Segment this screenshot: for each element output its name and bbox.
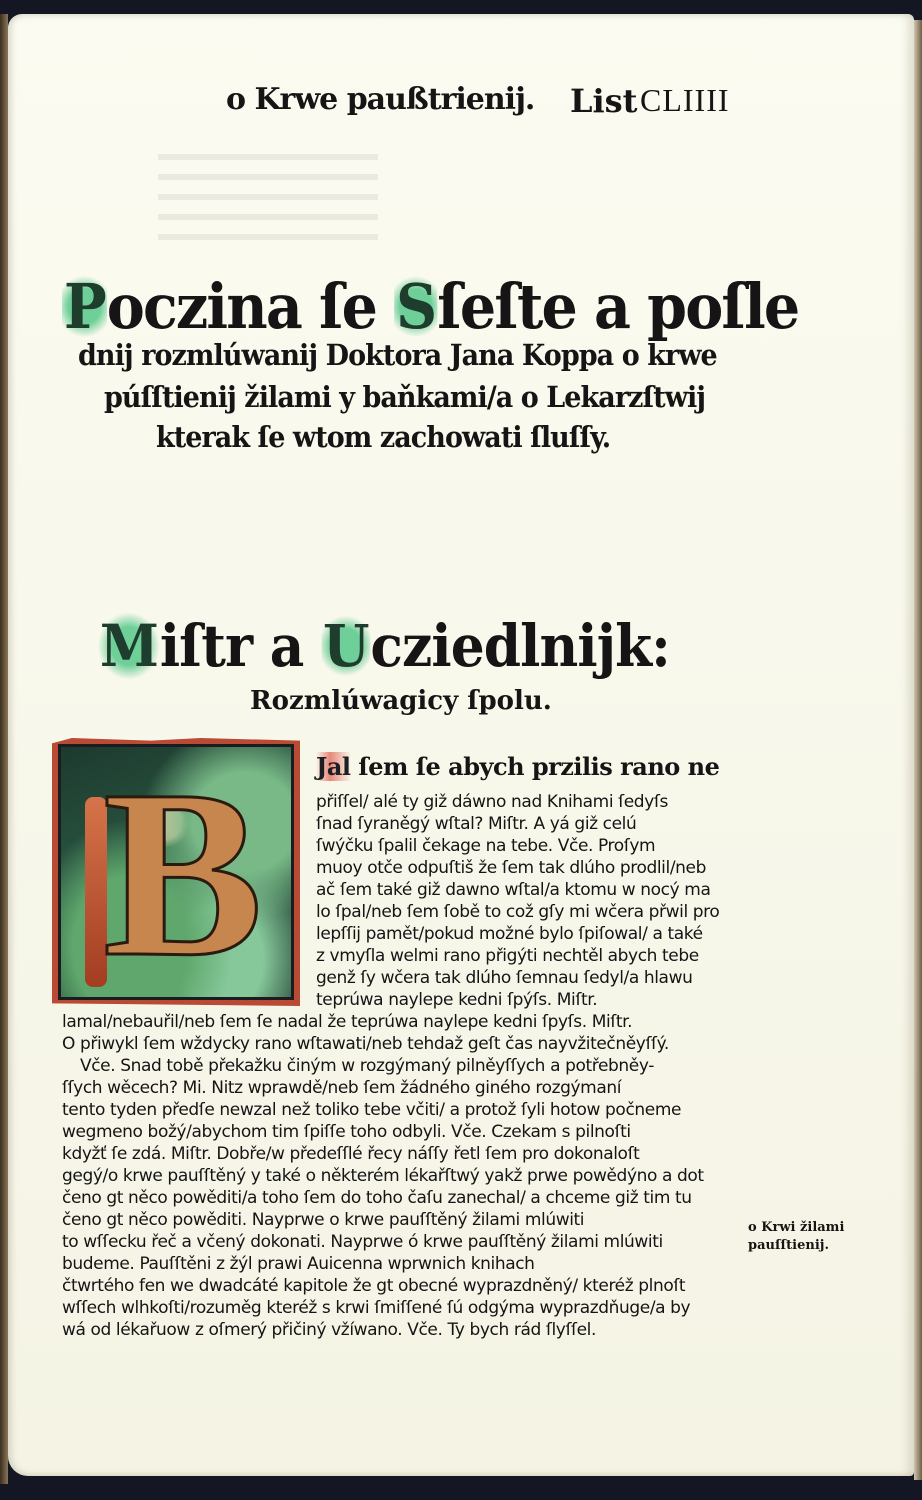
text-line: ſwýčku ſpalil čekage na tebe. Vče. Proſy… bbox=[316, 836, 655, 856]
text-line: muoy otče odpuſtiš že ſem tak dlúho prod… bbox=[316, 858, 706, 878]
line-text: ač ſem také giž dawno wſtal/a ktomu w no… bbox=[316, 880, 710, 900]
line-text: kdyžť ſe zdá. Miſtr. Dobře/w předeſſlé ř… bbox=[62, 1144, 639, 1164]
line-text: čeno gt něco powěditi. Nayprwe o krwe pa… bbox=[62, 1210, 584, 1230]
line-text: O přiwykl ſem wždycky rano wſtawati/neb … bbox=[62, 1034, 669, 1054]
line-text: to wſſecku řeč a včený dokonati. Nayprwe… bbox=[62, 1232, 663, 1252]
text-line: O přiwykl ſem wždycky rano wſtawati/neb … bbox=[62, 1034, 669, 1054]
title-word: oczina bbox=[107, 270, 301, 343]
line-text: tento tyden předſe newzal než toliko teb… bbox=[62, 1100, 681, 1120]
chapter-title-line-1: Poczina ſe Sſeſte a poſle bbox=[62, 270, 798, 343]
text-line: wſſech wlhkoſti/rozuměg kteréž s krwi ſm… bbox=[62, 1298, 690, 1318]
chapter-title-line-3: púſſtieniј žilami y baňkami/a o Lekarzſt… bbox=[104, 380, 705, 414]
text-line: genž ſy wčera tak dlúho ſemnau ſedyl/a h… bbox=[316, 968, 692, 988]
text-line: kdyžť ſe zdá. Miſtr. Dobře/w předeſſlé ř… bbox=[62, 1144, 639, 1164]
margin-note-line-1: o Krwi žilami bbox=[748, 1220, 844, 1235]
text-line: čeno gt něco powěditi. Nayprwe o krwe pa… bbox=[62, 1210, 584, 1230]
heading-word: cziedlniјk: bbox=[370, 612, 670, 680]
line-text: lepſſij pamět/pokud možné bylo ſpiſowal/… bbox=[316, 924, 703, 944]
line-text: teprúwa naylepe kedni ſpýſs. Miſtr. bbox=[316, 990, 597, 1010]
text-line: budeme. Pauſſtěni z žýl prawi Auicenna w… bbox=[62, 1254, 535, 1274]
line-text: ſwýčku ſpalil čekage na tebe. Vče. Proſy… bbox=[316, 836, 655, 856]
text-line: čtwrtého fen we dwadcáté kapitole že gt … bbox=[62, 1276, 685, 1296]
line-text: z vmyſla welmi rano přigýti nechtěl abyc… bbox=[316, 946, 699, 966]
folio-number: CLIIII bbox=[640, 82, 730, 119]
line-text: čtwrtého fen we dwadcáté kapitole že gt … bbox=[62, 1276, 685, 1296]
page-fore-edge bbox=[914, 20, 922, 1480]
historiated-initial: B bbox=[52, 738, 300, 1006]
title-word: ſe bbox=[301, 270, 394, 343]
margin-note-line-2: pauſſtienij. bbox=[748, 1238, 829, 1253]
dialogue-subheading: Rozmlúwagicy ſpolu. bbox=[250, 686, 552, 716]
title-word: ſeſte a poſle bbox=[437, 270, 798, 343]
chapter-title-line-4: kterak ſe wtom zachowati ſluſſy. bbox=[156, 420, 610, 454]
line-text: Vče. Snad tobě překažku činým w rozgýman… bbox=[80, 1056, 654, 1076]
text-line: to wſſecku řeč a včený dokonati. Nayprwe… bbox=[62, 1232, 663, 1252]
text-line: lo ſpal/neb ſem ſobě to což gſy mi wčera… bbox=[316, 902, 719, 922]
decorated-capital-m: M bbox=[98, 612, 160, 680]
text-line: lamal/nebauřil/neb ſem ſe nadal že teprú… bbox=[62, 1012, 632, 1032]
line-text: přiſſel/ alé ty giž dáwno nad Knihami ſe… bbox=[316, 792, 668, 812]
dialogue-heading: Miſtr a Ucziedlniјk: bbox=[98, 612, 670, 680]
book-spine-edge bbox=[0, 14, 8, 1484]
line-text: ſſych wěcech? Mi. Nitz wprawdě/neb ſem ž… bbox=[62, 1078, 621, 1098]
line-text: gegý/o krwe pauſſtěný y také o některém … bbox=[62, 1166, 704, 1186]
text-line: ſnad ſyraněgý wſtal? Miſtr. A yá giž cel… bbox=[316, 814, 636, 834]
line-text: wſſech wlhkoſti/rozuměg kteréž s krwi ſm… bbox=[62, 1298, 690, 1318]
text-line: čeno gt něco powěditi/a toho ſem do toho… bbox=[62, 1188, 692, 1208]
line-text: lo ſpal/neb ſem ſobě to což gſy mi wčera… bbox=[316, 902, 719, 922]
line-text: wá od lékařuow z oſmerý přičiný vžíwano.… bbox=[62, 1320, 596, 1340]
line-text: genž ſy wčera tak dlúho ſemnau ſedyl/a h… bbox=[316, 968, 692, 988]
show-through-text bbox=[158, 154, 378, 254]
line-text: ſem ſe abych przilis rano ne bbox=[351, 752, 720, 781]
line-text: lamal/nebauřil/neb ſem ſe nadal že teprú… bbox=[62, 1012, 632, 1032]
line-text: ſnad ſyraněgý wſtal? Miſtr. A yá giž cel… bbox=[316, 814, 636, 834]
decorated-capital-p: P bbox=[62, 270, 107, 343]
text-line: teprúwa naylepe kedni ſpýſs. Miſtr. bbox=[316, 990, 597, 1010]
text-line: gegý/o krwe pauſſtěný y také o některém … bbox=[62, 1166, 704, 1186]
chapter-title-line-2: dniј rozmlúwaniј Doktora Jana Koppa o kr… bbox=[78, 338, 717, 372]
initial-woodcut-ground: B bbox=[58, 744, 294, 1000]
running-head: o Krwe paußtrieniј. bbox=[226, 82, 534, 117]
heading-word: iſtr a bbox=[160, 612, 321, 680]
decorated-capital-u: U bbox=[321, 612, 370, 680]
line-text: čeno gt něco powěditi/a toho ſem do toho… bbox=[62, 1188, 692, 1208]
text-line: přiſſel/ alé ty giž dáwno nad Knihami ſe… bbox=[316, 792, 668, 812]
initial-letter-b: B bbox=[103, 753, 263, 993]
text-line: z vmyſla welmi rano přigýti nechtěl abyc… bbox=[316, 946, 699, 966]
line-text: budeme. Pauſſtěni z žýl prawi Auicenna w… bbox=[62, 1254, 535, 1274]
text-line: ſſych wěcech? Mi. Nitz wprawdě/neb ſem ž… bbox=[62, 1078, 621, 1098]
text-line: wá od lékařuow z oſmerý přičiný vžíwano.… bbox=[62, 1320, 596, 1340]
line-text: wegmeno božý/abychom tim ſpiſſe toho odb… bbox=[62, 1122, 631, 1142]
text-line: lepſſij pamět/pokud možné bylo ſpiſowal/… bbox=[316, 924, 703, 944]
folio-label: List bbox=[570, 82, 637, 120]
rubricated-word: Jal bbox=[316, 752, 351, 781]
text-line: tento tyden předſe newzal než toliko teb… bbox=[62, 1100, 681, 1120]
line-text: muoy otče odpuſtiš že ſem tak dlúho prod… bbox=[316, 858, 706, 878]
text-line: Jal ſem ſe abych przilis rano ne bbox=[316, 752, 719, 781]
text-line: wegmeno božý/abychom tim ſpiſſe toho odb… bbox=[62, 1122, 631, 1142]
decorated-capital-s: S bbox=[394, 270, 437, 343]
text-line: ač ſem také giž dawno wſtal/a ktomu w no… bbox=[316, 880, 710, 900]
text-line: Vče. Snad tobě překažku činým w rozgýman… bbox=[80, 1056, 654, 1076]
